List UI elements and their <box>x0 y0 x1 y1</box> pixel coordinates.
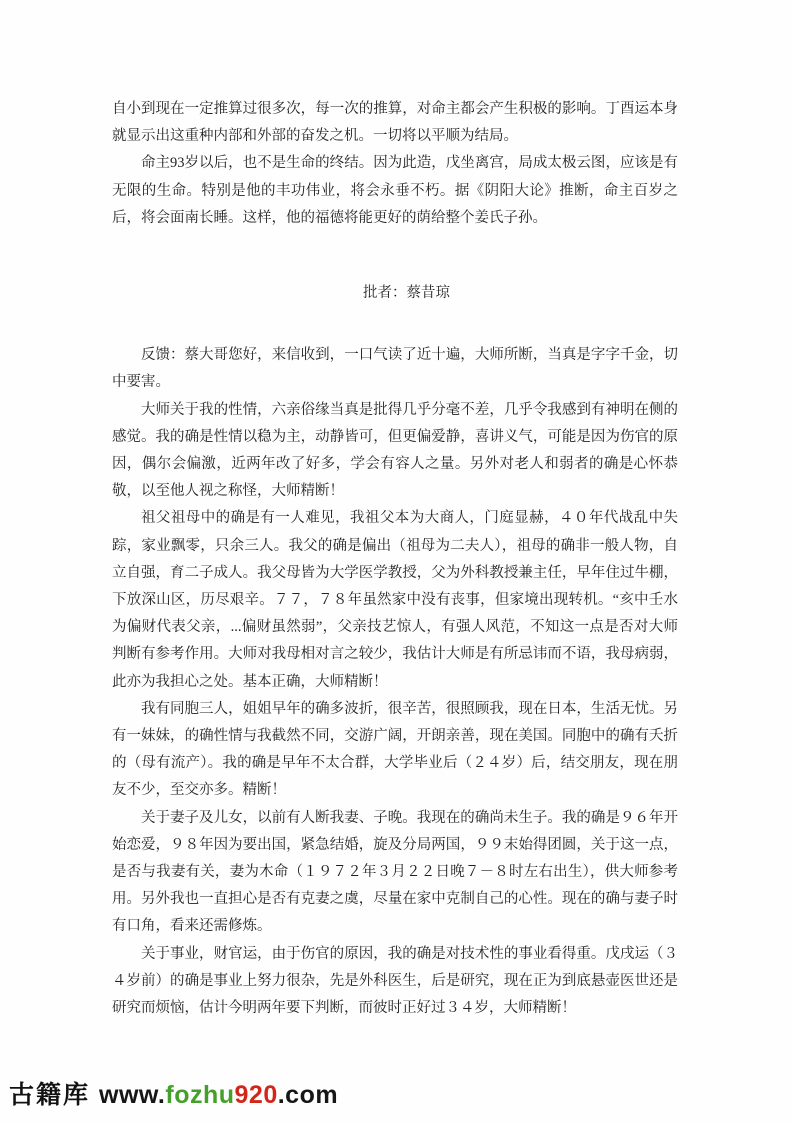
intro-paragraph-2: 命主93岁以后，也不是生命的终结。因为此造，戊坐离宫，局成太极云图，应该是有无限… <box>112 150 678 232</box>
feedback-paragraph-4: 我有同胞三人，姐姐早年的确多波折，很辛苦，很照顾我，现在日本，生活无忧。另有一妹… <box>112 696 678 805</box>
signature-line: 批者：蔡昔琼 <box>363 280 678 307</box>
watermark-site-name: 古籍库 <box>9 1081 90 1109</box>
watermark-url-green-segment: fozhu <box>165 1081 234 1109</box>
watermark-url-red-segment: 920 <box>235 1081 278 1109</box>
intro-paragraph-1: 自小到现在一定推算过很多次，每一次的推算，对命主都会产生积极的影响。丁酉运本身就… <box>112 96 678 150</box>
feedback-paragraph-1: 反馈：蔡大哥您好，来信收到，一口气读了近十遍，大师所断，当真是字字千金，切中要害… <box>112 342 678 396</box>
watermark-url-prefix: www. <box>99 1081 165 1109</box>
feedback-paragraph-2: 大师关于我的性情，六亲俗缘当真是批得几乎分毫不差，几乎令我感到有神明在侧的感觉。… <box>112 397 678 506</box>
document-text-block: 自小到现在一定推算过很多次，每一次的推算，对命主都会产生积极的影响。丁酉运本身就… <box>112 96 678 1022</box>
watermark-url-suffix: .com <box>278 1081 338 1109</box>
feedback-paragraph-3: 祖父祖母中的确是有一人难见，我祖父本为大商人，门庭显赫，４０年代战乱中失踪，家业… <box>112 505 678 695</box>
feedback-paragraph-5: 关于妻子及儿女，以前有人断我妻、子晚。我现在的确尚未生子。我的确是９６年开始恋爱… <box>112 805 678 941</box>
watermark-logo: 古籍库www.fozhu920.com <box>9 1080 338 1110</box>
feedback-paragraph-6: 关于事业，财官运，由于伤官的原因，我的确是对技术性的事业看得重。戊戌运（３４岁前… <box>112 941 678 1023</box>
watermark-url: www.fozhu920.com <box>99 1081 338 1109</box>
document-page: 自小到现在一定推算过很多次，每一次的推算，对命主都会产生积极的影响。丁酉运本身就… <box>0 0 793 1122</box>
